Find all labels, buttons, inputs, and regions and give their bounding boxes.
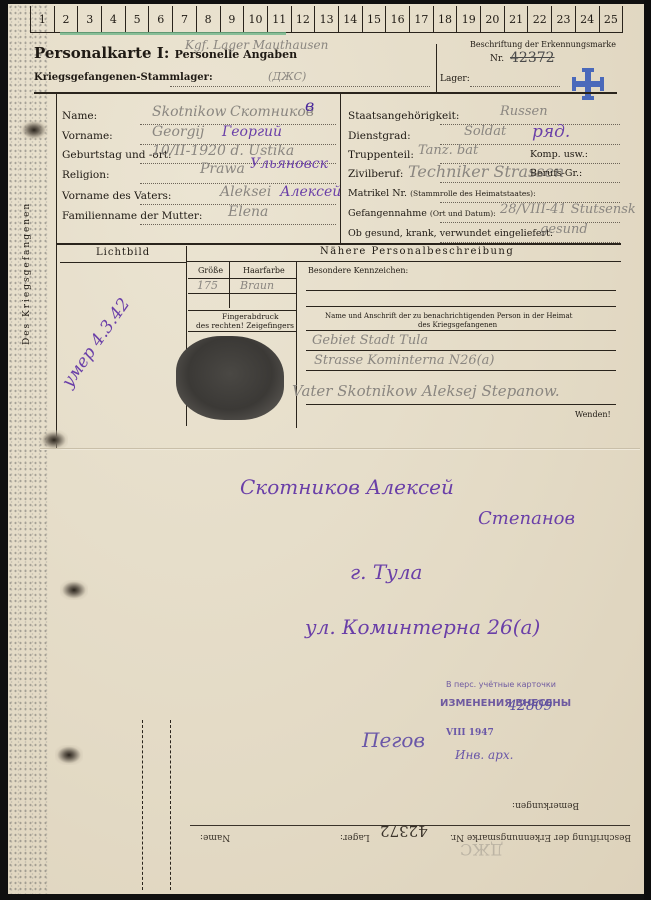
contact-line-1: Gebiet Stadt Tula	[312, 333, 428, 348]
bleed-bemerkungen: Bemerkungen:	[512, 800, 579, 810]
rule	[188, 293, 296, 294]
dotted-line	[440, 182, 620, 183]
section-title: Nähere Personalbeschreibung	[320, 246, 514, 257]
contact-line-2: Strasse Kominterna N26(a)	[314, 353, 495, 368]
scan-edge	[644, 0, 651, 900]
field-label: Name:	[62, 110, 97, 122]
rule	[186, 261, 621, 262]
rule	[306, 350, 616, 351]
strip-cell: 15	[362, 6, 386, 32]
strip-cell: 5	[125, 6, 149, 32]
rule	[306, 404, 616, 405]
strip-cell: 24	[575, 6, 599, 32]
lichtbild-label: Lichtbild	[96, 247, 150, 258]
strip-cell: 12	[291, 6, 315, 32]
strip-cell: 18	[433, 6, 457, 32]
groesse-value: 175	[197, 279, 218, 292]
punch-hole	[60, 580, 88, 600]
fields-rule	[56, 243, 621, 245]
groesse-label: Größe	[198, 266, 223, 275]
fingerprint	[176, 336, 284, 420]
field-value-cyrillic: Георгий	[222, 124, 282, 140]
strip-cell: 20	[480, 6, 504, 32]
field-extra-label: Berufs-Gr.:	[530, 168, 582, 179]
contact-line-3: Vater Skotnikow Aleksej Stepanow.	[292, 382, 560, 400]
bleed-marke-value: 42372	[380, 822, 428, 840]
field-value-cyrillic: ряд.	[532, 122, 570, 142]
field-label: Zivilberuf:	[348, 168, 403, 180]
strip-cell: 14	[338, 6, 362, 32]
strip-cell: 7	[172, 6, 196, 32]
field-value: Aleksei	[220, 184, 271, 200]
field-value: Skotnikow	[152, 104, 227, 120]
dotted-line	[170, 86, 430, 87]
desc-divider	[296, 262, 297, 428]
strip-cell: 21	[504, 6, 528, 32]
field-label: Religion:	[62, 169, 110, 181]
contact-label-1: Name und Anschrift der zu benachrichtige…	[325, 312, 572, 320]
size-divider	[229, 262, 230, 308]
stammlager-stamp: (ДЖС)	[268, 70, 306, 83]
number-strip: 1234567891011121314151617181920212223242…	[30, 6, 623, 33]
strip-cell: 8	[196, 6, 220, 32]
lower-line-4: ул. Коминтерна 26(а)	[305, 615, 540, 639]
stamp-number: 42809	[508, 698, 553, 714]
strip-cell: 11	[267, 6, 291, 32]
header-divider	[436, 44, 437, 92]
stamp-line-1: В перс. учётные карточки	[446, 680, 556, 689]
dotted-line	[140, 224, 336, 225]
rule	[306, 370, 616, 371]
strip-cell: 9	[220, 6, 244, 32]
field-label: Vorname:	[62, 130, 113, 142]
field-value-cyrillic: Скотников	[230, 104, 314, 120]
field-extra-label: Komp. usw.:	[530, 149, 588, 160]
header-rule	[34, 92, 617, 94]
vertical-label: Des Kriegsgefangenen	[22, 202, 32, 345]
green-mark	[60, 32, 286, 35]
lager-label: Lager:	[440, 74, 470, 84]
kennzeichen-label: Besondere Kennzeichen:	[308, 266, 408, 275]
haarfarbe-value: Braun	[240, 279, 274, 292]
bleed-vline	[142, 720, 143, 890]
strip-cell: 13	[314, 6, 338, 32]
cross-stamp-icon	[565, 64, 611, 110]
strip-cell: 23	[551, 6, 575, 32]
field-label: Staatsangehörigkeit:	[348, 110, 459, 122]
punch-hole	[20, 120, 48, 140]
bleed-lager: Lager:	[340, 832, 370, 842]
bleed-stamp: ДЖС	[460, 840, 503, 859]
punch-hole	[55, 745, 83, 765]
stammlager-label: Kriegsgefangenen-Stammlager:	[34, 72, 213, 83]
violet-b-mark: в	[305, 96, 314, 115]
dotted-line	[440, 222, 620, 223]
stammlager-value: Kgf. Lager Mauthausen	[185, 38, 328, 52]
strip-cell: 16	[385, 6, 409, 32]
field-value: Soldat	[464, 124, 506, 139]
punch-hole	[40, 430, 68, 450]
rule	[188, 331, 296, 332]
signature-sub: Инв. арх.	[455, 748, 513, 762]
strip-cell: 3	[77, 6, 101, 32]
contact-label-2: des Kriegsgefangenen	[418, 321, 497, 329]
finger-label-1: Fingerabdruck	[222, 312, 279, 321]
field-value-cyrillic: Ульяновск	[250, 156, 328, 172]
nr-value: 42372	[510, 50, 555, 66]
field-label: Matrikel Nr. (Stammrolle des Heimatstaat…	[348, 188, 536, 199]
strip-cell: 10	[243, 6, 267, 32]
lower-line-3: г. Тула	[350, 560, 422, 584]
field-label: Vorname des Vaters:	[62, 190, 171, 202]
fold-line	[40, 448, 640, 449]
rule	[306, 290, 616, 291]
bleed-name: Name:	[200, 832, 230, 842]
dotted-line	[470, 86, 560, 87]
field-value: gesund	[540, 222, 588, 237]
strip-cell: 6	[148, 6, 172, 32]
strip-cell: 4	[101, 6, 125, 32]
field-label: Familienname der Mutter:	[62, 210, 202, 222]
lower-line-2: Степанов	[478, 508, 575, 529]
stamp-date: VIII 1947	[446, 728, 494, 738]
wenden-label: Wenden!	[575, 410, 611, 419]
left-margin-rule	[56, 94, 57, 450]
rule	[306, 330, 616, 331]
rule	[188, 310, 296, 311]
field-value: Georgij	[152, 124, 204, 140]
strip-cell: 2	[54, 6, 78, 32]
strip-cell: 25	[599, 6, 624, 32]
signature: Пегов	[362, 728, 425, 752]
bleed-vline	[170, 720, 171, 890]
finger-label-2: des rechten! Zeigefingers	[196, 321, 294, 330]
strip-cell: 17	[409, 6, 433, 32]
middle-rule	[340, 94, 341, 244]
strip-cell: 19	[456, 6, 480, 32]
field-label: Truppenteil:	[348, 149, 414, 161]
erkennungsmarke-label: Beschriftung der Erkennungsmarke	[470, 40, 616, 49]
rule	[60, 262, 186, 263]
field-value-2: Prawa	[200, 161, 245, 177]
strip-cell: 1	[30, 6, 54, 32]
field-value-cyrillic: Алексей	[280, 184, 341, 200]
rule	[306, 306, 616, 307]
nr-label: Nr.	[490, 54, 504, 64]
field-label: Dienstgrad:	[348, 130, 411, 142]
field-value: Tanz. bat	[418, 143, 478, 158]
field-label: Ob gesund, krank, verwundet eingeliefert…	[348, 228, 553, 239]
field-value: Elena	[228, 204, 268, 220]
haarfarbe-label: Haarfarbe	[243, 266, 285, 275]
field-value: Russen	[500, 104, 548, 119]
lower-line-1: Скотников Алексей	[240, 475, 454, 499]
field-value: 28/VIII-41 Stutsensk	[500, 202, 636, 217]
field-label: Gefangennahme (Ort und Datum):	[348, 208, 496, 219]
strip-cell: 22	[527, 6, 551, 32]
